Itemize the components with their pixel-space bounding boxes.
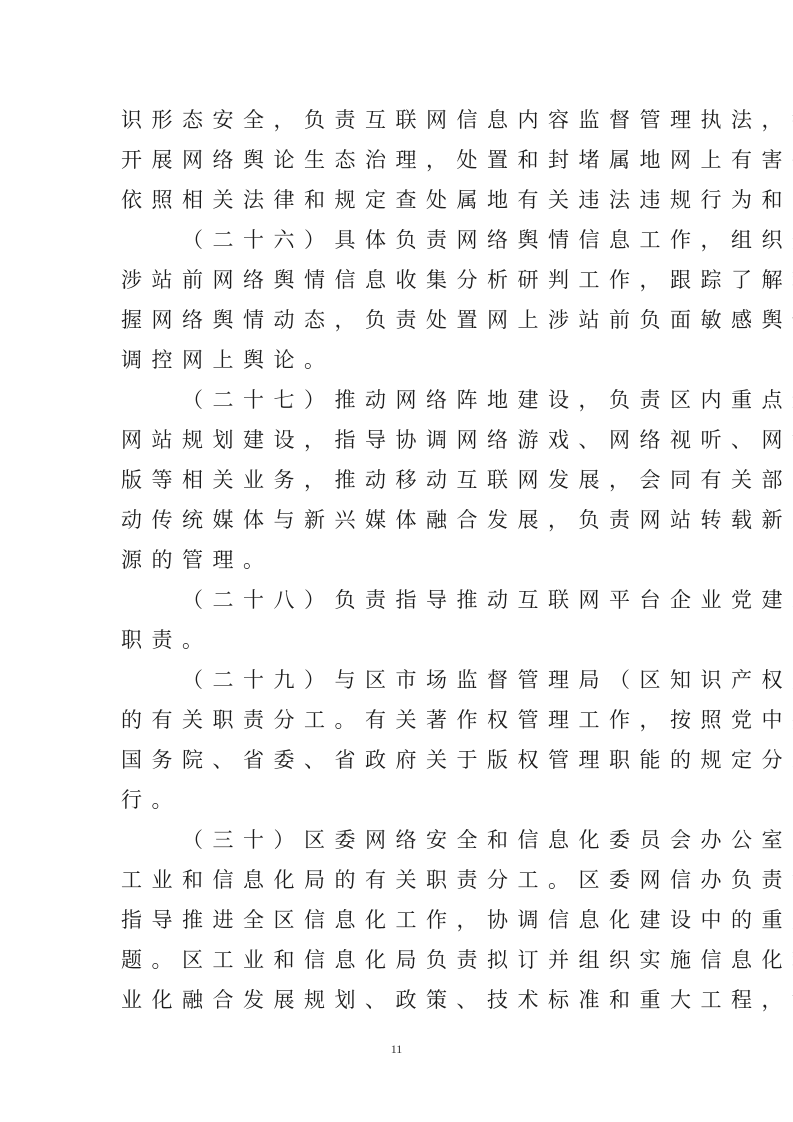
paragraph-26-line: 握网络舆情动态，负责处置网上涉站前负面敏感舆情， [121,300,681,340]
paragraph-30-line: 工业和信息化局的有关职责分工。区委网信办负责统筹 [121,860,681,900]
paragraph-27-line: 版等相关业务，推动移动互联网发展，会同有关部门推 [121,460,681,500]
paragraph-29-line: 的有关职责分工。有关著作权管理工作，按照党中央、 [121,700,681,740]
paragraph-26-line: 调控网上舆论。 [121,340,681,380]
paragraph-continuation-line: 识形态安全，负责互联网信息内容监督管理执法，组织 [121,100,681,140]
paragraph-28-line: 职责。 [121,620,681,660]
body-text: 识形态安全，负责互联网信息内容监督管理执法，组织 开展网络舆论生态治理，处置和封… [121,100,681,1020]
paragraph-30-line: 指导推进全区信息化工作，协调信息化建设中的重大问 [121,900,681,940]
paragraph-30-line: 题。区工业和信息化局负责拟订并组织实施信息化和工 [121,940,681,980]
paragraph-28-line: （二十八）负责指导推动互联网平台企业党建工作 [121,580,681,620]
paragraph-continuation-line: 开展网络舆论生态治理，处置和封堵属地网上有害信息， [121,140,681,180]
paragraph-27-line: 源的管理。 [121,540,681,580]
paragraph-30-line: 业化融合发展规划、政策、技术标准和重大工程，协调 [121,980,681,1020]
paragraph-27-line: 动传统媒体与新兴媒体融合发展，负责网站转载新闻稿 [121,500,681,540]
paragraph-26-line: （二十六）具体负责网络舆情信息工作，组织开展 [121,220,681,260]
document-page: 识形态安全，负责互联网信息内容监督管理执法，组织 开展网络舆论生态治理，处置和封… [0,0,793,1122]
paragraph-27-line: （二十七）推动网络阵地建设，负责区内重点新闻 [121,380,681,420]
paragraph-29-line: （二十九）与区市场监督管理局（区知识产权局） [121,660,681,700]
paragraph-30-line: （三十）区委网络安全和信息化委员会办公室与区 [121,820,681,860]
paragraph-27-line: 网站规划建设，指导协调网络游戏、网络视听、网络出 [121,420,681,460]
paragraph-29-line: 行。 [121,780,681,820]
page-number: 11 [0,1042,793,1057]
paragraph-29-line: 国务院、省委、省政府关于版权管理职能的规定分工执 [121,740,681,780]
paragraph-continuation-line: 依照相关法律和规定查处属地有关违法违规行为和网站。 [121,180,681,220]
paragraph-26-line: 涉站前网络舆情信息收集分析研判工作，跟踪了解和掌 [121,260,681,300]
